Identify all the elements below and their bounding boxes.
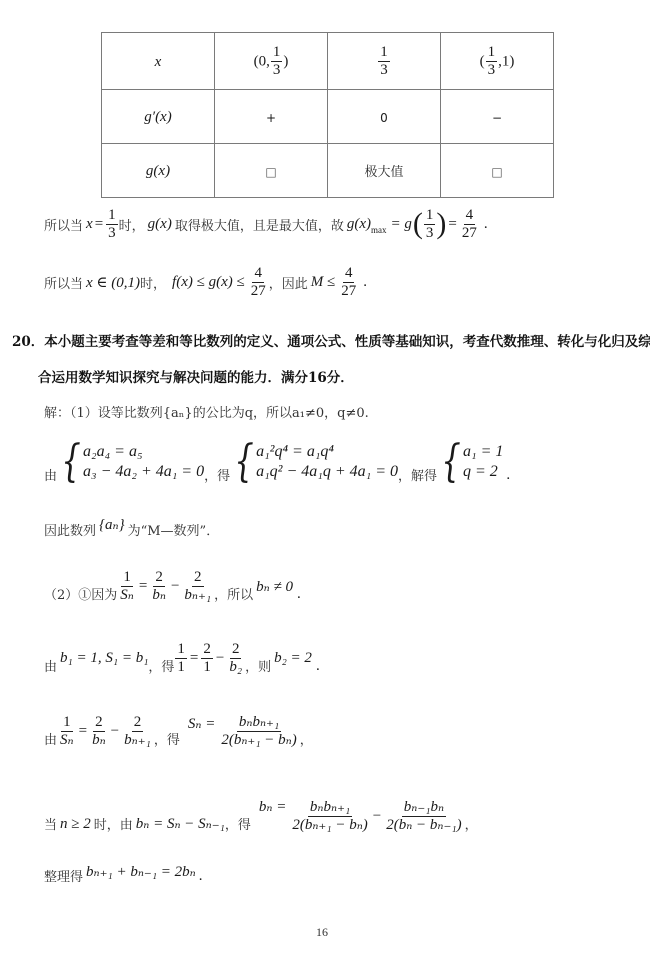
page-number: 16 <box>316 925 328 940</box>
table-row-derivative: g′(x) + 0 − <box>102 90 554 144</box>
text: 时，由 <box>94 814 133 833</box>
text: 时， <box>119 215 145 234</box>
cell-critical-point: 13 <box>328 33 441 90</box>
text: ，得 <box>225 814 251 833</box>
subscript: max <box>371 225 387 235</box>
paren-close: ) <box>436 207 446 241</box>
math: bₙ₊₁ + bₙ₋₁ = 2bₙ <box>86 862 196 881</box>
text: 所以当 <box>44 215 83 234</box>
math: . <box>297 586 301 603</box>
solution-step-7: 当 n ≥ 2 时，由 bₙ = Sₙ − Sₙ₋₁ ，得 bₙ = bₙbₙ₊… <box>44 800 478 833</box>
text: ，得 <box>204 465 230 484</box>
math: bₙ = Sₙ − Sₙ₋₁ <box>136 814 225 833</box>
math: g(x) <box>148 216 172 233</box>
fraction: 11 <box>175 642 187 675</box>
text: ，得 <box>154 729 180 748</box>
math: n ≥ 2 <box>60 816 91 833</box>
text: 为“M—数列”． <box>128 520 220 539</box>
math: . <box>484 216 488 233</box>
row-label-x: x <box>102 33 215 90</box>
minus: − <box>171 578 179 595</box>
table-row-function: g(x) □ 极大值 □ <box>102 144 554 198</box>
cell-interval-1: (0,13) <box>215 33 328 90</box>
cell-increasing-arrow-icon: □ <box>215 144 328 198</box>
cell-sign-positive: + <box>215 90 328 144</box>
math: {aₙ} <box>99 515 125 534</box>
text: 由 <box>44 656 57 675</box>
text: 整理得 <box>44 866 83 885</box>
text: ，则 <box>245 656 271 675</box>
solution-step-4: （2）①因为 1Sₙ = 2bₙ − 2bₙ₊₁ ，所以 bₙ ≠ 0 . <box>44 570 301 603</box>
table-row-x: x (0,13) 13 (13,1) <box>102 33 554 90</box>
equation-system-2: {a₁²q⁴ = a₁q⁴a₁q² − 4a₁q + 4a₁ = 0 <box>230 440 398 484</box>
text: ，得 <box>148 656 174 675</box>
math: b₂ = 2 <box>274 650 312 667</box>
variation-table: x (0,13) 13 (13,1) g′(x) + 0 − g(x) □ 极大… <box>101 32 554 198</box>
text: ， <box>300 729 313 748</box>
fraction: 1Sₙ <box>118 570 136 603</box>
math: x ∈ (0,1) <box>86 273 140 292</box>
problem-20-heading: 20．本小题主要考查等差和等比数列的定义、通项公式、性质等基础知识，考查代数推理… <box>12 330 650 350</box>
fraction: bₙbₙ₊₁2(bₙ₊₁ − bₙ) <box>290 800 369 833</box>
row-label-function: g(x) <box>102 144 215 198</box>
solution-step-8: 整理得 bₙ₊₁ + bₙ₋₁ = 2bₙ . <box>44 866 203 885</box>
text: 由 <box>44 729 57 748</box>
math: b₁ = 1, S₁ = b₁ <box>60 650 148 667</box>
text: ， <box>465 814 478 833</box>
solution-step-2: 由 {a₂a₄ = a₅a₃ − 4a₂ + 4a₁ = 0 ，得 {a₁²q⁴… <box>44 440 510 484</box>
solution-step-5: 由 b₁ = 1, S₁ = b₁ ，得 11 = 21 − 2b₂ ，则 b₂… <box>44 642 320 675</box>
math: f(x) ≤ g(x) ≤ <box>172 274 245 291</box>
fraction: 2bₙ <box>90 715 108 748</box>
paren-open: ( <box>413 207 423 241</box>
solution-step-6: 由 1Sₙ = 2bₙ − 2bₙ₊₁ ，得 Sₙ = bₙbₙ₊₁2(bₙ₊₁… <box>44 715 313 748</box>
text: 所以当 <box>44 273 83 292</box>
math: = <box>95 216 103 233</box>
math: g(x) <box>347 216 371 233</box>
fraction: bₙbₙ₊₁2(bₙ₊₁ − bₙ) <box>219 715 298 748</box>
math: = g <box>391 216 412 233</box>
equation-system-3: {a₁ = 1q = 2 <box>437 440 503 484</box>
math: . <box>506 467 510 484</box>
bound-line: 所以当 x ∈ (0,1) 时， f(x) ≤ g(x) ≤ 427 ，因此 M… <box>44 266 367 299</box>
math: M ≤ <box>311 274 335 291</box>
fraction: 427 <box>249 266 268 299</box>
fraction: 427 <box>460 208 479 241</box>
math: = <box>448 216 456 233</box>
math: bₙ ≠ 0 <box>256 577 293 596</box>
fraction: 21 <box>201 642 213 675</box>
math: . <box>316 658 320 675</box>
math: x <box>86 216 93 233</box>
text: 因此数列 <box>44 520 96 539</box>
text: ，因此 <box>269 273 308 292</box>
cell-interval-2: (13,1) <box>441 33 554 90</box>
fraction: 2bₙ₊₁ <box>122 715 153 748</box>
math: Sₙ = <box>188 714 215 733</box>
fraction: 13 <box>424 208 436 241</box>
cell-sign-zero: 0 <box>328 90 441 144</box>
text: ，所以 <box>214 584 253 603</box>
cell-maximum: 极大值 <box>328 144 441 198</box>
cell-sign-negative: − <box>441 90 554 144</box>
problem-20-heading-cont: 合运用数学知识探究与解决问题的能力．满分16分． <box>38 366 354 386</box>
fraction: 427 <box>339 266 358 299</box>
equation-system-1: {a₂a₄ = a₅a₃ − 4a₂ + 4a₁ = 0 <box>57 440 204 484</box>
max-value-line: 所以当 x = 13 时， g(x) 取得极大值，且是最大值，故 g(x) ma… <box>44 207 488 241</box>
fraction: 2b₂ <box>227 642 244 675</box>
fraction: 2bₙ <box>150 570 168 603</box>
row-label-derivative: g′(x) <box>102 90 215 144</box>
math: bₙ = <box>259 797 286 816</box>
math: . <box>363 274 367 291</box>
fraction: 1Sₙ <box>58 715 76 748</box>
fraction: 2bₙ₊₁ <box>182 570 213 603</box>
text: 当 <box>44 814 57 833</box>
fraction: 13 <box>106 208 118 241</box>
math: . <box>199 868 203 885</box>
solution-step-3: 因此数列 {aₙ} 为“M—数列”． <box>44 520 219 539</box>
cell-decreasing-arrow-icon: □ <box>441 144 554 198</box>
fraction: bₙ₋₁bₙ2(bₙ − bₙ₋₁) <box>384 800 463 833</box>
text: 取得极大值，且是最大值，故 <box>175 215 344 234</box>
solution-step-1: 解：（1）设等比数列{aₙ}的公比为q，所以a₁≠0，q≠0. <box>44 402 369 421</box>
text: （2）①因为 <box>44 584 117 603</box>
text: 时， <box>140 273 166 292</box>
text: ，解得 <box>398 465 437 484</box>
text: 由 <box>44 465 57 484</box>
equals: = <box>139 578 147 595</box>
